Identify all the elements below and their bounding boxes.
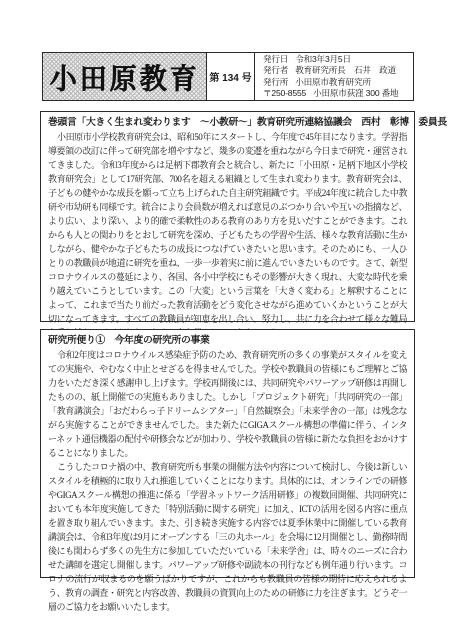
publication-date-line: 発行日 令和3年3月5日 [263,54,413,65]
publication-date-label: 発行日 [263,54,288,65]
foreword-author: 教育研究所連絡協議会 西村 彰博 委員長 [257,116,447,130]
publisher-label: 発行者 [263,65,288,76]
institute-news-title: 研究所便り① 今年度の研究所の事業 [48,334,209,348]
masthead-title-block: 小田原教育 [43,53,207,100]
foreword-article-box: 巻頭言「大きく生まれ変わります ～小教研～」 教育研究所連絡協議会 西村 彰博 … [40,111,415,322]
institute-news-paragraph-2: こうしたコロナ禍の中、教育研究所も事業の開催方法や内容について検討し、今後は新し… [48,460,407,614]
address-line: 〒250-8555 小田原市荻窪 300 番地 [263,88,413,99]
foreword-heading-row: 巻頭言「大きく生まれ変わります ～小教研～」 教育研究所連絡協議会 西村 彰博 … [48,116,407,130]
foreword-title: 巻頭言「大きく生まれ変わります ～小教研～」 [48,116,257,130]
newsletter-title: 小田原教育 [50,56,200,97]
foreword-paragraph: 小田原市小学校教育研究会は、昭和50年にスタートし、今年度で45年目になります。… [48,130,407,340]
institute-news-paragraph-1: 令和2年度はコロナウイルス感染症予防のため、教育研究所の多くの事業がスタイルを変… [48,348,407,460]
publishing-office-line: 発行所 小田原市教育研究所 [263,77,413,88]
institute-news-article-box: 研究所便り① 今年度の研究所の事業 令和2年度はコロナウイルス感染症予防のため、… [40,329,415,578]
institute-news-heading-row: 研究所便り① 今年度の研究所の事業 [48,334,407,348]
publisher-line: 発行者 教育研究所長 石井 政道 [263,65,413,76]
issue-number: 第 134 号 [207,53,255,100]
publication-info: 発行日 令和3年3月5日 発行者 教育研究所長 石井 政道 発行所 小田原市教育… [255,53,413,100]
postal-code: 〒250-8555 [263,88,306,99]
publishing-office-label: 発行所 [263,77,288,88]
newsletter-header: 小田原教育 第 134 号 発行日 令和3年3月5日 発行者 教育研究所長 石井… [42,52,414,101]
publishing-office-value: 小田原市教育研究所 [295,77,371,88]
page: { "masthead": { "title": "小田原教育", "issue… [0,0,453,640]
address-value: 小田原市荻窪 300 番地 [313,88,398,99]
publisher-value: 教育研究所長 石井 政道 [295,65,396,76]
foreword-body: 小田原市小学校教育研究会は、昭和50年にスタートし、今年度で45年目になります。… [48,130,407,340]
institute-news-body: 令和2年度はコロナウイルス感染症予防のため、教育研究所の多くの事業がスタイルを変… [48,348,407,614]
publication-date-value: 令和3年3月5日 [295,54,351,65]
